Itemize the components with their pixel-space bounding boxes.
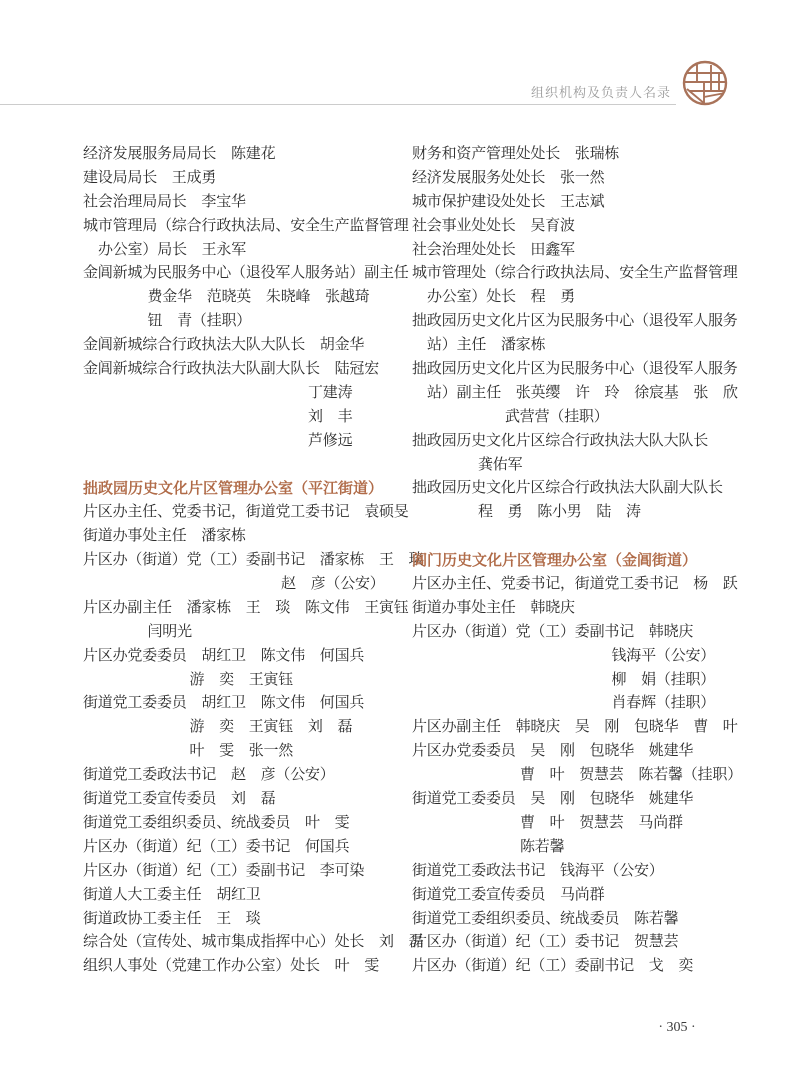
directory-line: 城市管理局（综合行政执法局、安全生产监督管理 — [83, 215, 403, 239]
section-heading: 拙政园历史文化片区管理办公室（平江街道） — [83, 477, 403, 501]
directory-line: 经济发展服务处处长 张一然 — [412, 167, 742, 191]
directory-line: 站）副主任 张英缨 许 玲 徐宸基 张 欣 — [412, 382, 742, 406]
directory-line: 街道办事处主任 韩晓庆 — [412, 597, 742, 621]
directory-line: 办公室）局长 王永军 — [83, 239, 403, 263]
directory-line: 建设局局长 王成勇 — [83, 167, 403, 191]
directory-line: 社会治理局局长 李宝华 — [83, 191, 403, 215]
directory-line: 陈若馨 — [412, 836, 742, 860]
directory-line: 游 奕 王寅钰 刘 磊 — [83, 716, 403, 740]
directory-line: 片区办主任、党委书记，街道党工委书记 袁硕旻 — [83, 501, 403, 525]
directory-line: 武营营（挂职） — [412, 406, 742, 430]
directory-line: 城市管理处（综合行政执法局、安全生产监督管理 — [412, 262, 742, 286]
directory-line: 街道党工委组织委员、统战委员 陈若馨 — [412, 908, 742, 932]
directory-line: 片区办主任、党委书记，街道党工委书记 杨 跃 — [412, 573, 742, 597]
directory-line: 芦修远 — [83, 430, 403, 454]
page-number: · 305 · — [617, 1020, 737, 1036]
directory-line: 街道党工委委员 胡红卫 陈文伟 何国兵 — [83, 692, 403, 716]
directory-line: 街道党工委宣传委员 刘 磊 — [83, 788, 403, 812]
directory-line: 拙政园历史文化片区综合行政执法大队大队长 — [412, 430, 742, 454]
directory-line: 街道人大工委主任 胡红卫 — [83, 884, 403, 908]
directory-line: 金阊新城为民服务中心（退役军人服务站）副主任 — [83, 262, 403, 286]
line-spacer — [412, 525, 742, 549]
section-heading: 阊门历史文化片区管理办公室（金阊街道） — [412, 549, 742, 573]
directory-line: 钱海平（公安） — [412, 645, 742, 669]
directory-line: 社会事业处处长 吴育波 — [412, 215, 742, 239]
directory-line: 赵 彦（公安） — [83, 573, 403, 597]
directory-line: 拙政园历史文化片区为民服务中心（退役军人服务 — [412, 358, 742, 382]
directory-line: 龚佑军 — [412, 454, 742, 478]
directory-line: 财务和资产管理处处长 张瑞栋 — [412, 143, 742, 167]
directory-line: 片区办（街道）纪（工）委副书记 戈 奕 — [412, 955, 742, 979]
directory-line: 街道党工委政法书记 赵 彦（公安） — [83, 764, 403, 788]
directory-line: 社会治理处处长 田鑫军 — [412, 239, 742, 263]
yearbook-page: 组织机构及负责人名录 经济发展服务局局长 陈建花建设局局长 王成勇社会治理局局长… — [0, 0, 793, 1077]
directory-line: 费金华 范晓英 朱晓峰 张越琦 — [83, 286, 403, 310]
directory-line: 拙政园历史文化片区综合行政执法大队副大队长 — [412, 477, 742, 501]
directory-line: 办公室）处长 程 勇 — [412, 286, 742, 310]
directory-line: 曹 叶 贺慧芸 陈若馨（挂职） — [412, 764, 742, 788]
directory-line: 综合处（宣传处、城市集成指挥中心）处长 刘 磊 — [83, 931, 403, 955]
directory-line: 柳 娟（挂职） — [412, 669, 742, 693]
directory-line: 曹 叶 贺慧芸 马尚群 — [412, 812, 742, 836]
directory-line: 丁建涛 — [83, 382, 403, 406]
directory-line: 片区办党委委员 胡红卫 陈文伟 何国兵 — [83, 645, 403, 669]
running-header-title: 组织机构及负责人名录 — [531, 82, 671, 101]
directory-line: 经济发展服务局局长 陈建花 — [83, 143, 403, 167]
directory-line: 片区办（街道）党（工）委副书记 韩晓庆 — [412, 621, 742, 645]
header-rule — [0, 104, 676, 105]
directory-line: 片区办（街道）纪（工）委副书记 李可染 — [83, 860, 403, 884]
line-spacer — [83, 454, 403, 478]
directory-line: 片区办副主任 韩晓庆 吴 刚 包晓华 曹 叶 — [412, 716, 742, 740]
directory-line: 片区办（街道）党（工）委副书记 潘家栋 王 琰 — [83, 549, 403, 573]
directory-line: 街道党工委政法书记 钱海平（公安） — [412, 860, 742, 884]
directory-line: 街道政协工委主任 王 琰 — [83, 908, 403, 932]
directory-line: 金阊新城综合行政执法大队大队长 胡金华 — [83, 334, 403, 358]
lattice-seal-icon — [681, 59, 729, 107]
directory-line: 片区办副主任 潘家栋 王 琰 陈文伟 王寅钰 — [83, 597, 403, 621]
directory-line: 组织人事处（党建工作办公室）处长 叶 雯 — [83, 955, 403, 979]
directory-line: 金阊新城综合行政执法大队副大队长 陆冠宏 — [83, 358, 403, 382]
directory-line: 城市保护建设处处长 王志斌 — [412, 191, 742, 215]
directory-line: 街道党工委宣传委员 马尚群 — [412, 884, 742, 908]
directory-line: 叶 雯 张一然 — [83, 740, 403, 764]
directory-line: 片区办（街道）纪（工）委书记 何国兵 — [83, 836, 403, 860]
directory-column-right: 财务和资产管理处处长 张瑞栋经济发展服务处处长 张一然城市保护建设处处长 王志斌… — [412, 143, 742, 979]
directory-column-left: 经济发展服务局局长 陈建花建设局局长 王成勇社会治理局局长 李宝华城市管理局（综… — [83, 143, 403, 979]
directory-line: 游 奕 王寅钰 — [83, 669, 403, 693]
directory-line: 闫明光 — [83, 621, 403, 645]
directory-line: 程 勇 陈小男 陆 涛 — [412, 501, 742, 525]
directory-line: 片区办党委委员 吴 刚 包晓华 姚建华 — [412, 740, 742, 764]
directory-line: 街道党工委委员 吴 刚 包晓华 姚建华 — [412, 788, 742, 812]
directory-line: 肖春辉（挂职） — [412, 692, 742, 716]
directory-line: 片区办（街道）纪（工）委书记 贺慧芸 — [412, 931, 742, 955]
directory-line: 刘 丰 — [83, 406, 403, 430]
directory-line: 钮 青（挂职） — [83, 310, 403, 334]
directory-line: 拙政园历史文化片区为民服务中心（退役军人服务 — [412, 310, 742, 334]
directory-line: 站）主任 潘家栋 — [412, 334, 742, 358]
directory-line: 街道党工委组织委员、统战委员 叶 雯 — [83, 812, 403, 836]
directory-line: 街道办事处主任 潘家栋 — [83, 525, 403, 549]
